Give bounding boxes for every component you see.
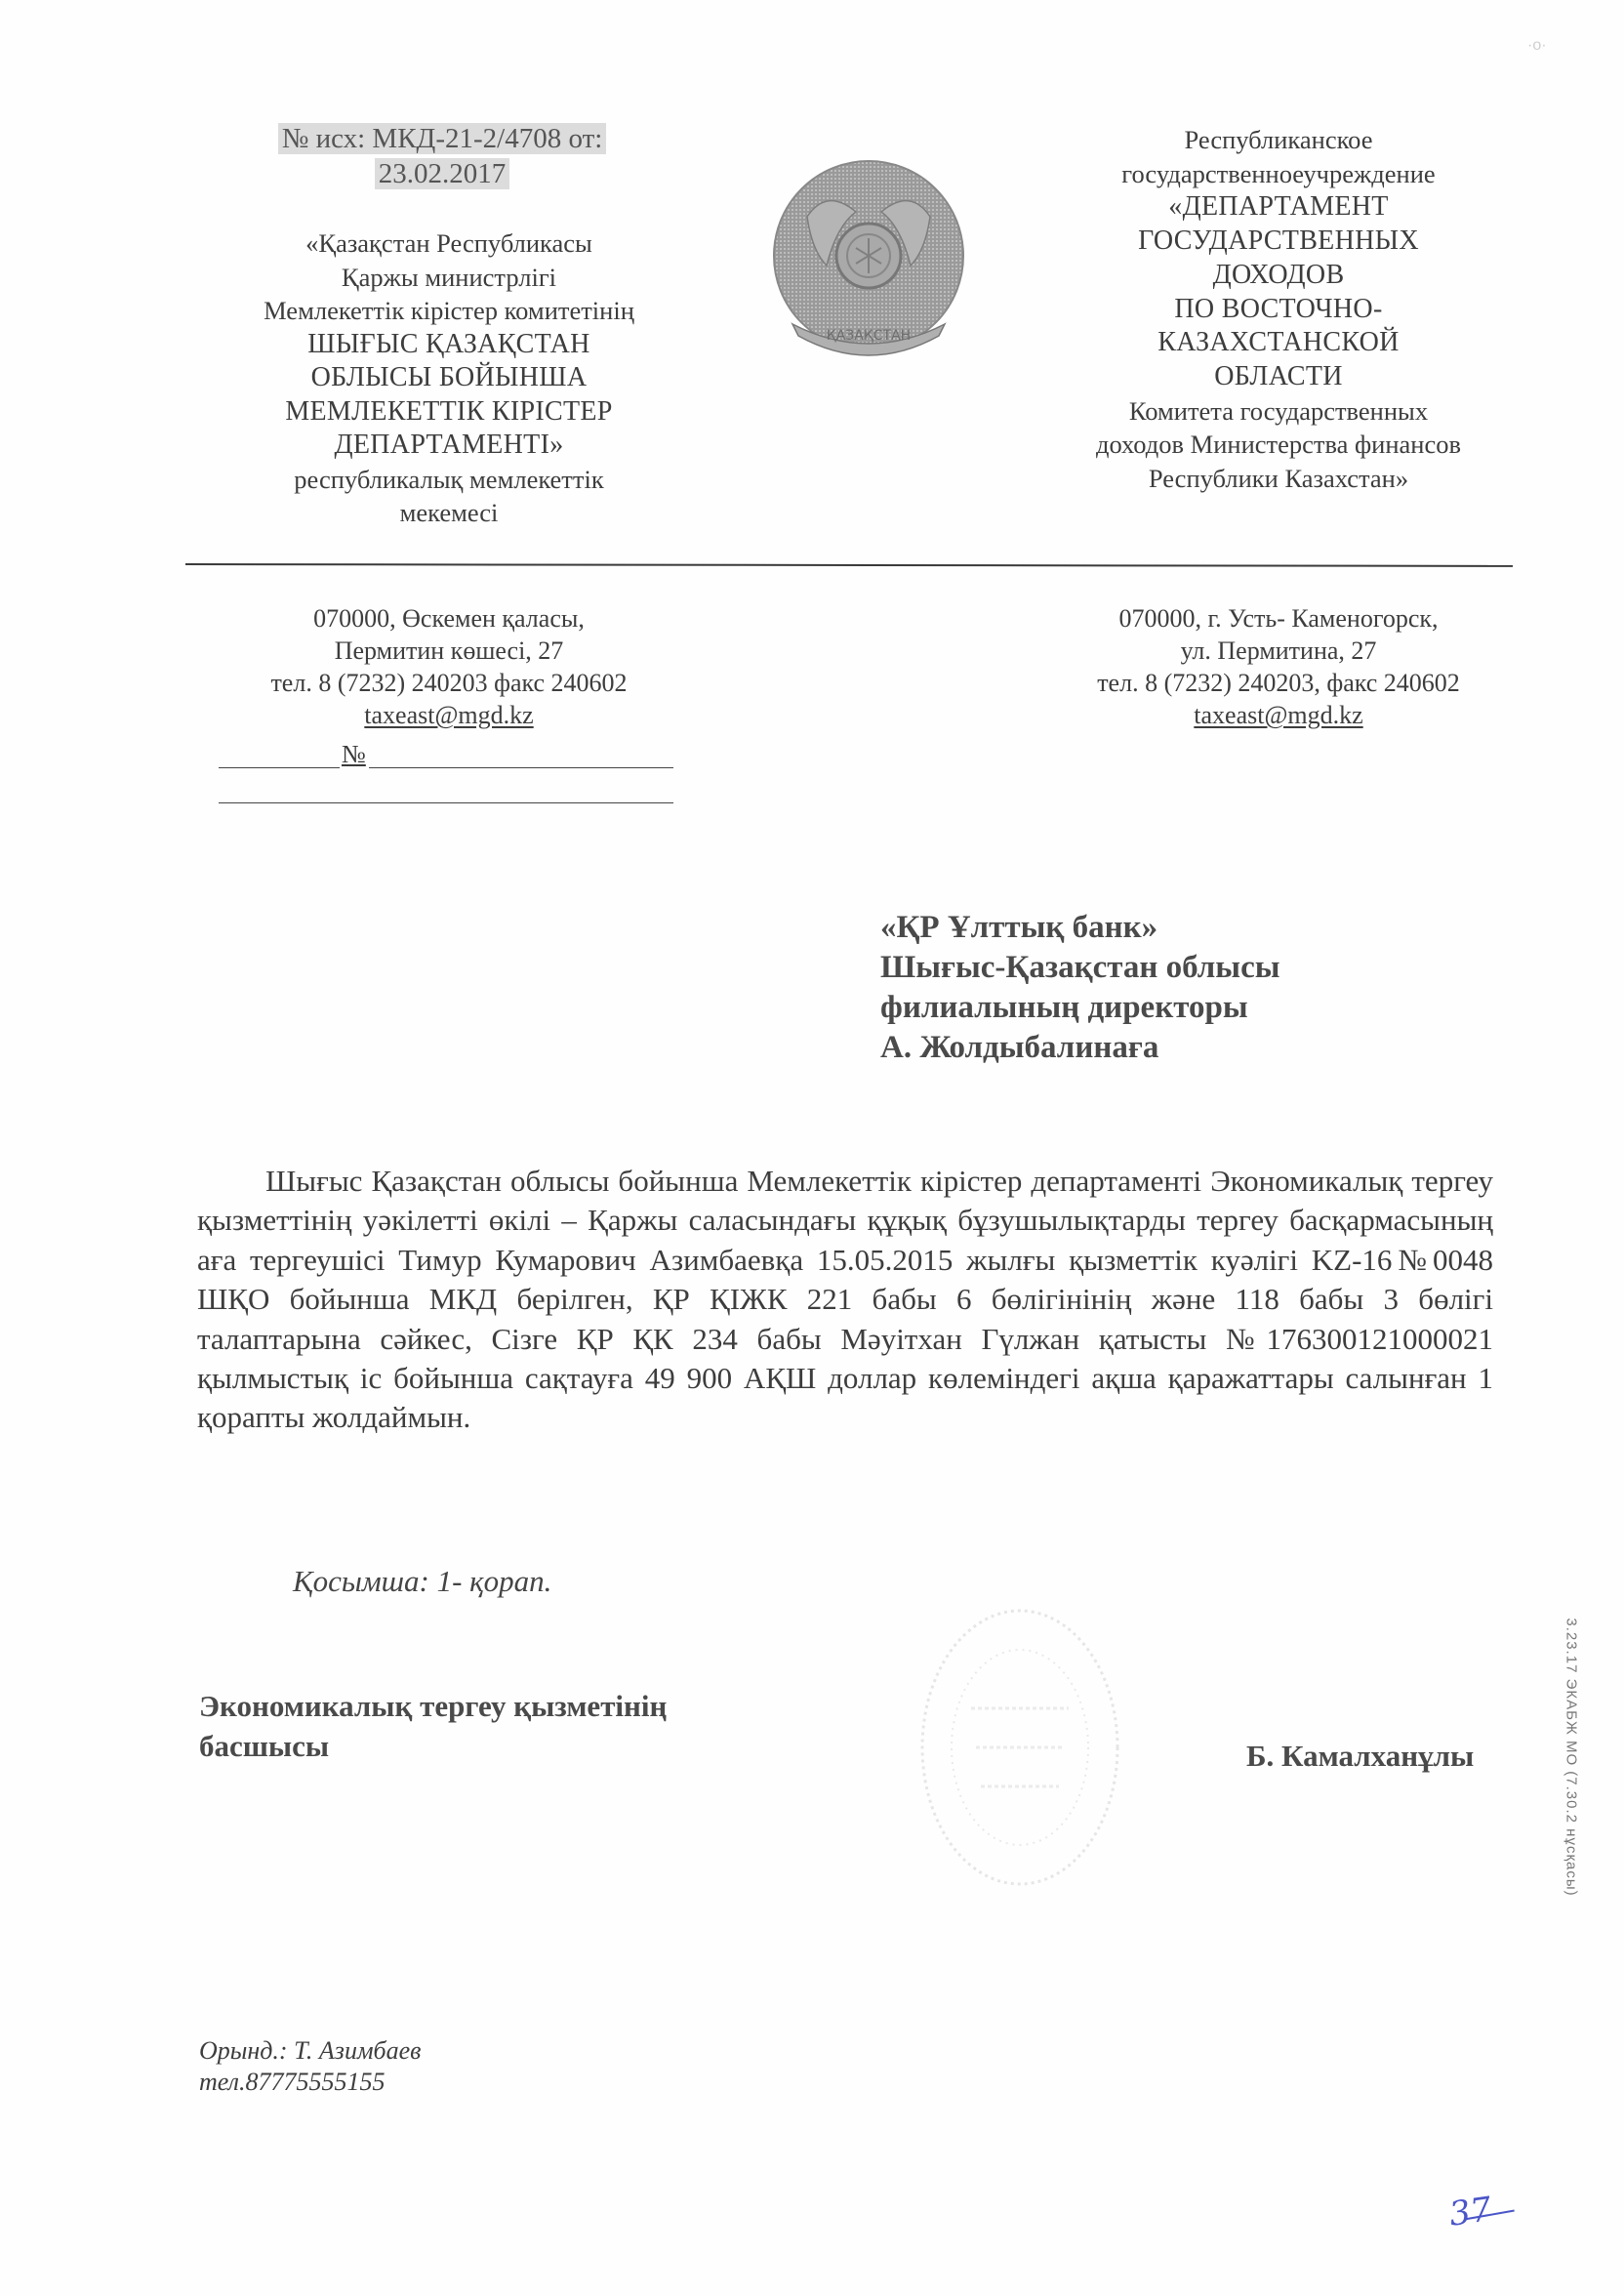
letter-body: Шығыс Қазақстан облысы бойынша Мемлекетт…	[197, 1162, 1493, 1438]
address-kazakh: 070000, Өскемен қаласы, Пермитин көшесі,…	[195, 602, 703, 731]
addressee-line: Шығыс-Қазақстан облысы	[880, 948, 1524, 988]
signatory-position-line: басшысы	[199, 1726, 882, 1766]
blank-line	[219, 767, 340, 768]
outgoing-reference: № исх: МКД-21-2/4708 от: 23.02.2017	[232, 121, 652, 191]
letterhead-line: республикалық мемлекеттік	[195, 463, 703, 497]
letterhead-line: КАЗАХСТАНСКОЙ	[1035, 326, 1522, 360]
letterhead-russian: Республиканское государственноеучреждени…	[1035, 123, 1522, 496]
official-stamp-icon	[917, 1601, 1122, 1894]
address-line: ул. Пермитина, 27	[1035, 635, 1522, 667]
registration-number-field: №	[219, 740, 673, 769]
scan-artifact: ·о·	[1527, 37, 1547, 55]
letterhead-divider	[185, 563, 1513, 567]
letterhead-line: Республики Казахстан»	[1035, 462, 1522, 496]
letterhead-line: государственноеучреждение	[1035, 157, 1522, 191]
letterhead-line: Мемлекеттік кірістер комитетінің	[195, 294, 703, 328]
addressee-block: «ҚР Ұлттық банк» Шығыс-Қазақстан облысы …	[880, 908, 1524, 1068]
letter-page: ·о· № исх: МКД-21-2/4708 от: 23.02.2017 …	[0, 0, 1624, 2296]
letterhead-line: «Қазақстан Республикасы	[195, 226, 703, 261]
address-russian: 070000, г. Усть- Каменогорск, ул. Пермит…	[1035, 602, 1522, 731]
state-emblem-icon: ҚАЗАҚСТАН	[768, 158, 969, 359]
letterhead-line: Қаржы министрлігі	[195, 261, 703, 295]
letterhead-line: ДОХОДОВ	[1035, 259, 1522, 293]
letterhead-line: ОБЛЫСЫ БОЙЫНША	[195, 361, 703, 395]
letterhead-line: доходов Министерства финансов	[1035, 428, 1522, 462]
reference-date: 23.02.2017	[375, 158, 510, 189]
number-sign: №	[342, 740, 366, 769]
blank-line	[219, 802, 673, 803]
attachment-note: Қосымша: 1- қорап.	[293, 1564, 551, 1599]
executor-name: Орынд.: Т. Азимбаев	[199, 2035, 421, 2067]
phone-fax-line: тел. 8 (7232) 240203, факс 240602	[1035, 667, 1522, 699]
signatory-name: Б. Камалханұлы	[1246, 1739, 1474, 1774]
document-system-mark: 3.23.17 ЭКАБЖ МО (7.30.2 нұсқасы)	[1563, 1618, 1580, 1896]
signatory-position-line: Экономикалық тергеу қызметінің	[199, 1686, 882, 1726]
letterhead-line: ШЫҒЫС ҚАЗАҚСТАН	[195, 328, 703, 362]
letterhead-line: ПО ВОСТОЧНО-	[1035, 293, 1522, 327]
letterhead-line: Республиканское	[1035, 123, 1522, 157]
address-line: 070000, Өскемен қаласы,	[195, 602, 703, 635]
blank-line	[369, 767, 673, 768]
svg-text:ҚАЗАҚСТАН: ҚАЗАҚСТАН	[827, 328, 911, 344]
letterhead-line: ОБЛАСТИ	[1035, 360, 1522, 394]
executor-info: Орынд.: Т. Азимбаев тел.87775555155	[199, 2035, 421, 2098]
email-link[interactable]: taxeast@mgd.kz	[1194, 701, 1362, 729]
addressee-line: филиалының директоры	[880, 988, 1524, 1028]
letterhead-line: «ДЕПАРТАМЕНТ	[1035, 190, 1522, 225]
email-link[interactable]: taxeast@mgd.kz	[364, 701, 533, 729]
letterhead-line: МЕМЛЕКЕТТІК КІРІСТЕР	[195, 395, 703, 430]
address-line: Пермитин көшесі, 27	[195, 635, 703, 667]
letterhead-line: мекемесі	[195, 496, 703, 530]
letterhead-line: ГОСУДАРСТВЕННЫХ	[1035, 225, 1522, 259]
addressee-line: А. Жолдыбалинаға	[880, 1028, 1524, 1068]
signatory-position: Экономикалық тергеу қызметінің басшысы	[199, 1686, 882, 1766]
addressee-line: «ҚР Ұлттық банк»	[880, 908, 1524, 948]
reference-number: № исх: МКД-21-2/4708 от:	[278, 123, 607, 154]
phone-fax-line: тел. 8 (7232) 240203 факс 240602	[195, 667, 703, 699]
letterhead-line: Комитета государственных	[1035, 394, 1522, 429]
handwritten-page-number: 37	[1446, 2190, 1493, 2234]
address-line: 070000, г. Усть- Каменогорск,	[1035, 602, 1522, 635]
letterhead-line: ДЕПАРТАМЕНТІ»	[195, 429, 703, 463]
executor-phone: тел.87775555155	[199, 2067, 421, 2098]
letterhead-kazakh: «Қазақстан Республикасы Қаржы министрліг…	[195, 226, 703, 530]
